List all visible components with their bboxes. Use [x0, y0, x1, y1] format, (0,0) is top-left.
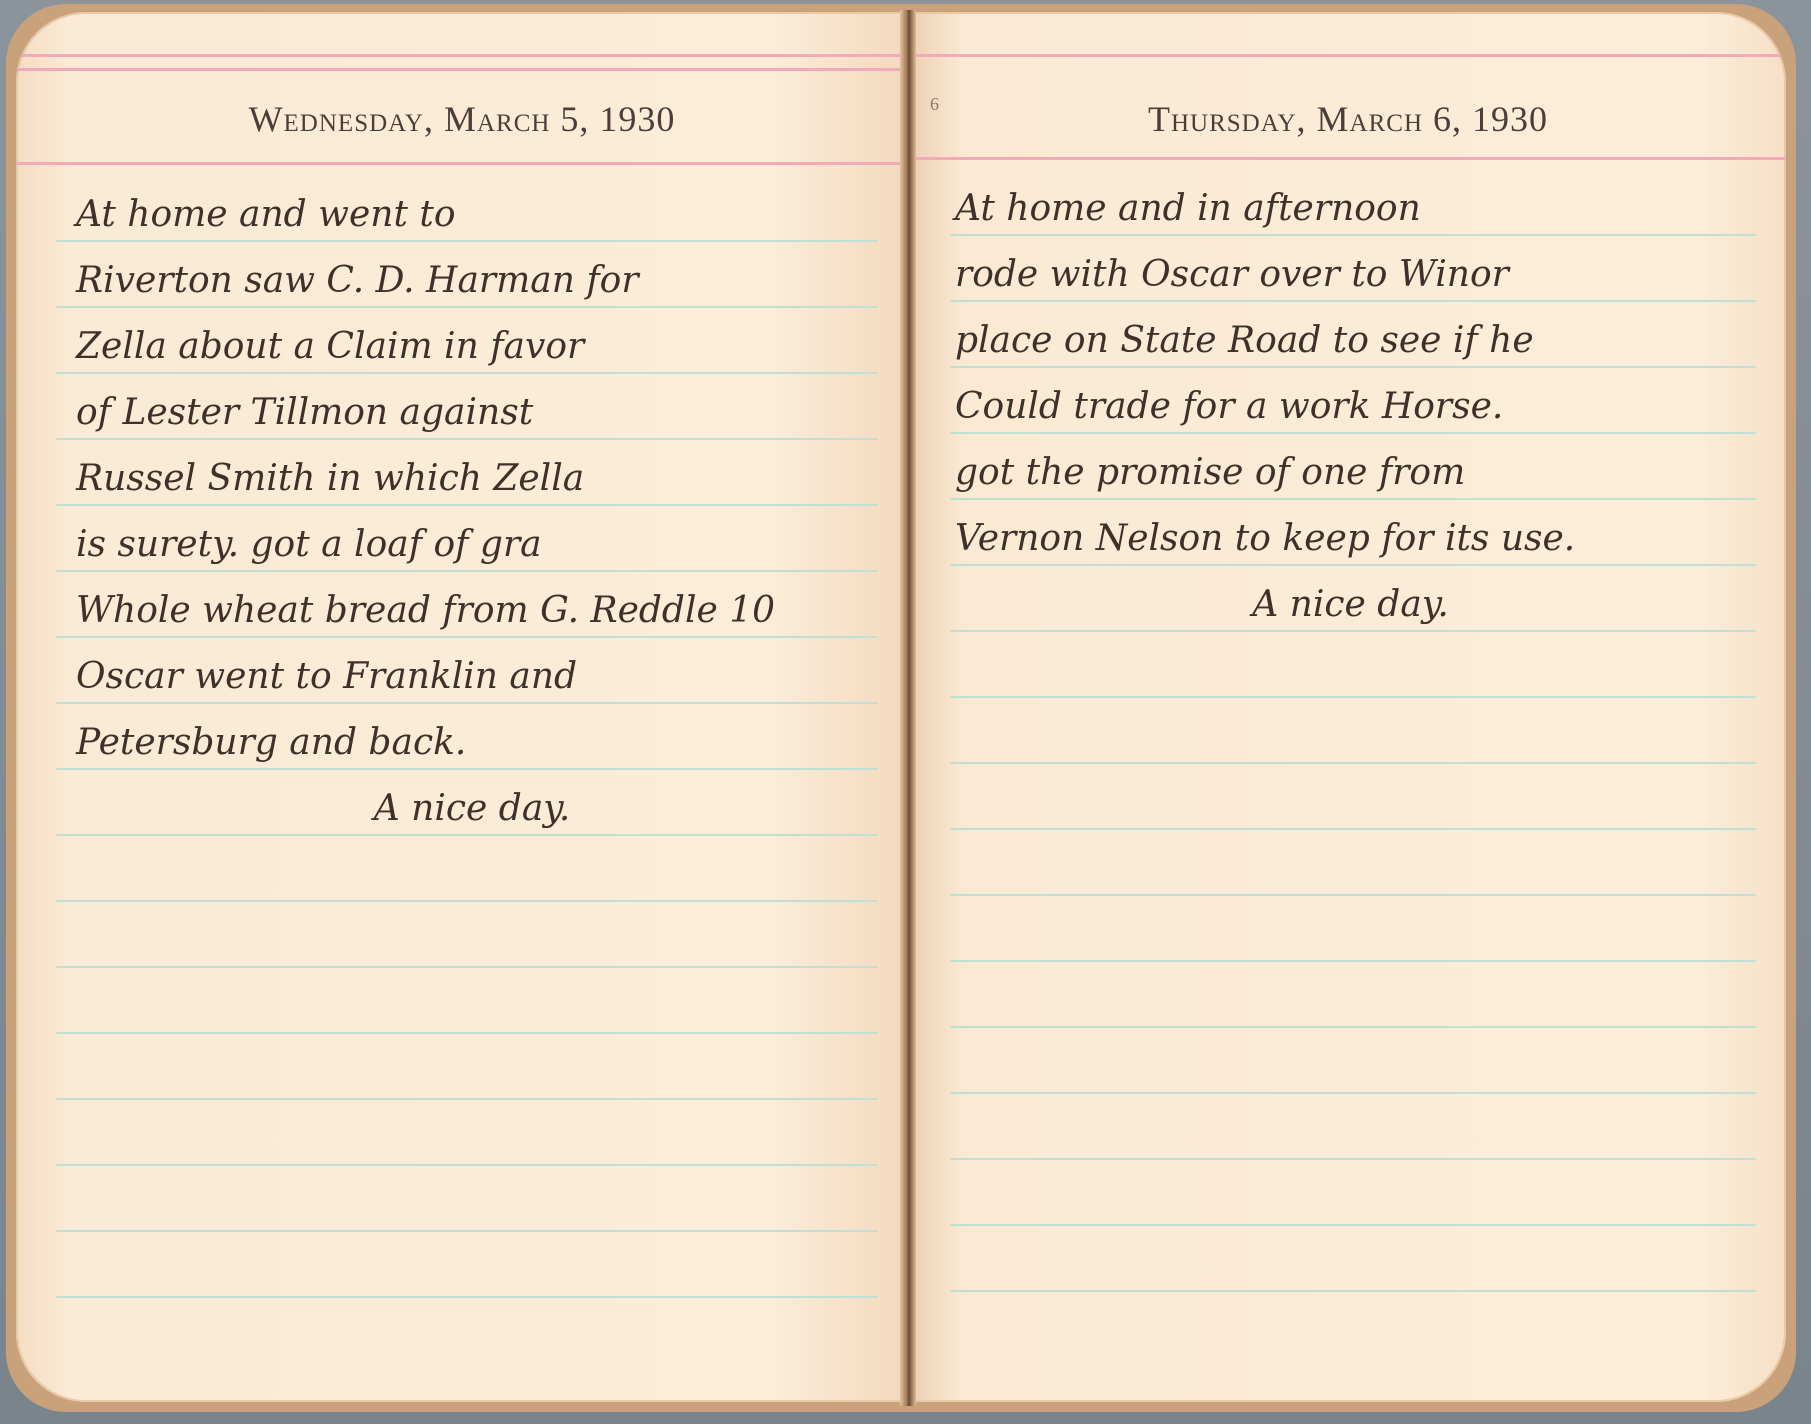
page-date-header: Thursday, March 6, 1930	[910, 98, 1786, 140]
ruled-line	[56, 900, 878, 902]
ruled-line	[56, 1230, 878, 1232]
entry-line: Zella about a Claim in favor	[76, 314, 868, 380]
page-date-header: Wednesday, March 5, 1930	[16, 98, 908, 140]
ruled-line	[56, 1164, 878, 1166]
ruled-line	[950, 960, 1756, 962]
ruled-line	[950, 1026, 1756, 1028]
ruled-line	[950, 1290, 1756, 1292]
ruled-line	[56, 1098, 878, 1100]
header-pink-rule	[910, 157, 1786, 160]
top-pink-rule	[16, 54, 908, 57]
ruled-line	[950, 1092, 1756, 1094]
entry-line: Riverton saw C. D. Harman for	[76, 248, 868, 314]
entry-line: At home and in afternoon	[955, 176, 1746, 242]
entry-line: Could trade for a work Horse.	[955, 374, 1746, 440]
diary-entry-march-5: At home and went to Riverton saw C. D. H…	[76, 182, 868, 842]
top-pink-rule	[16, 68, 908, 71]
entry-closing-line: A nice day.	[955, 572, 1746, 638]
entry-line: Vernon Nelson to keep for its use.	[955, 506, 1746, 572]
ruled-line	[56, 1296, 878, 1298]
ruled-line	[950, 1224, 1756, 1226]
entry-line: At home and went to	[76, 182, 868, 248]
ruled-line	[950, 1158, 1756, 1160]
entry-line: Oscar went to Franklin and	[76, 644, 868, 710]
entry-line: is surety. got a loaf of gra	[76, 512, 868, 578]
entry-line: Whole wheat bread from G. Reddle 10	[76, 578, 868, 644]
ruled-line	[950, 828, 1756, 830]
entry-line: rode with Oscar over to Winor	[955, 242, 1746, 308]
ruled-line	[950, 894, 1756, 896]
ruled-line	[950, 762, 1756, 764]
entry-line: place on State Road to see if he	[955, 308, 1746, 374]
entry-line: Russel Smith in which Zella	[76, 446, 868, 512]
entry-closing-line: A nice day.	[76, 776, 868, 842]
book-gutter	[900, 10, 916, 1406]
diary-entry-march-6: At home and in afternoon rode with Oscar…	[955, 176, 1746, 638]
entry-line: Petersburg and back.	[76, 710, 868, 776]
top-pink-rule	[910, 54, 1786, 57]
right-page: 6 Thursday, March 6, 1930 At home and in…	[910, 12, 1786, 1402]
entry-line: of Lester Tillmon against	[76, 380, 868, 446]
ruled-line	[56, 966, 878, 968]
entry-line: got the promise of one from	[955, 440, 1746, 506]
ruled-line	[56, 1032, 878, 1034]
ruled-line	[950, 696, 1756, 698]
left-page: Wednesday, March 5, 1930 At home and wen…	[16, 12, 908, 1402]
header-pink-rule	[16, 162, 908, 165]
